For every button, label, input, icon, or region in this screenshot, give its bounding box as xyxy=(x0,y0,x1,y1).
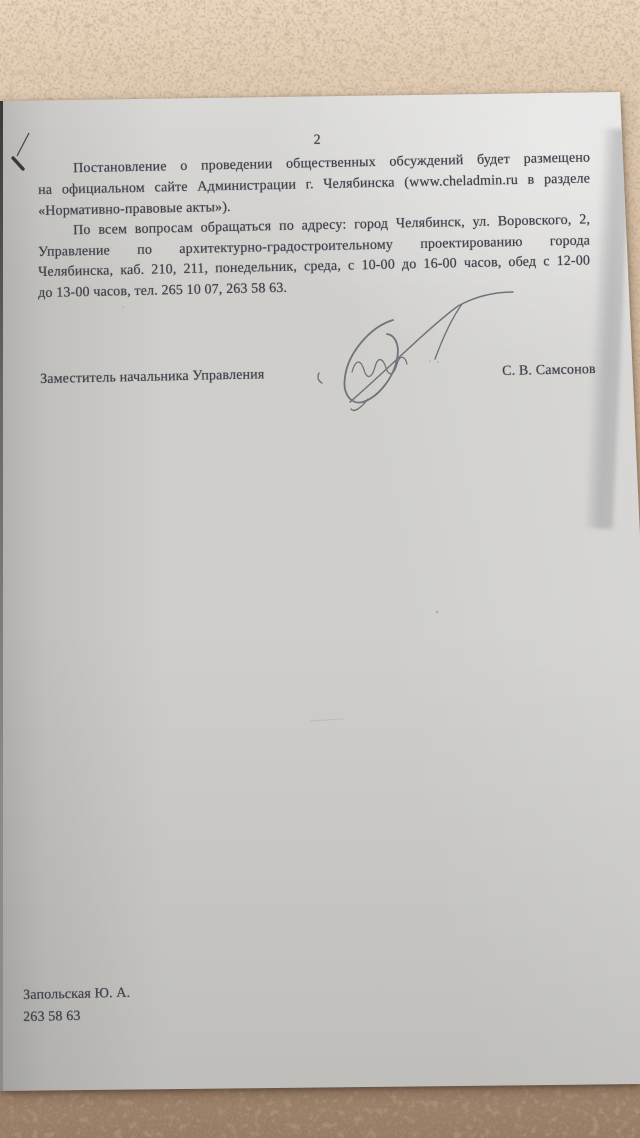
staple-mark-icon xyxy=(13,133,29,169)
document-page-wrap: 2 Постановление о проведении общественны… xyxy=(0,0,640,1138)
paper-sheet: 2 Постановление о проведении общественны… xyxy=(0,0,640,1138)
signoff-signer-name: С. В. Самсонов xyxy=(502,360,596,381)
handwritten-signature xyxy=(318,292,513,410)
signoff-position-title: Заместитель начальника Управления xyxy=(40,365,265,389)
paper-left-edge-shadow xyxy=(0,101,3,1091)
executor-name: Запольская Ю. А. xyxy=(23,984,130,1005)
executor-phone: 263 58 63 xyxy=(23,1007,81,1027)
page-number: 2 xyxy=(306,131,328,150)
document-photo: 2 Постановление о проведении общественны… xyxy=(0,0,640,1138)
